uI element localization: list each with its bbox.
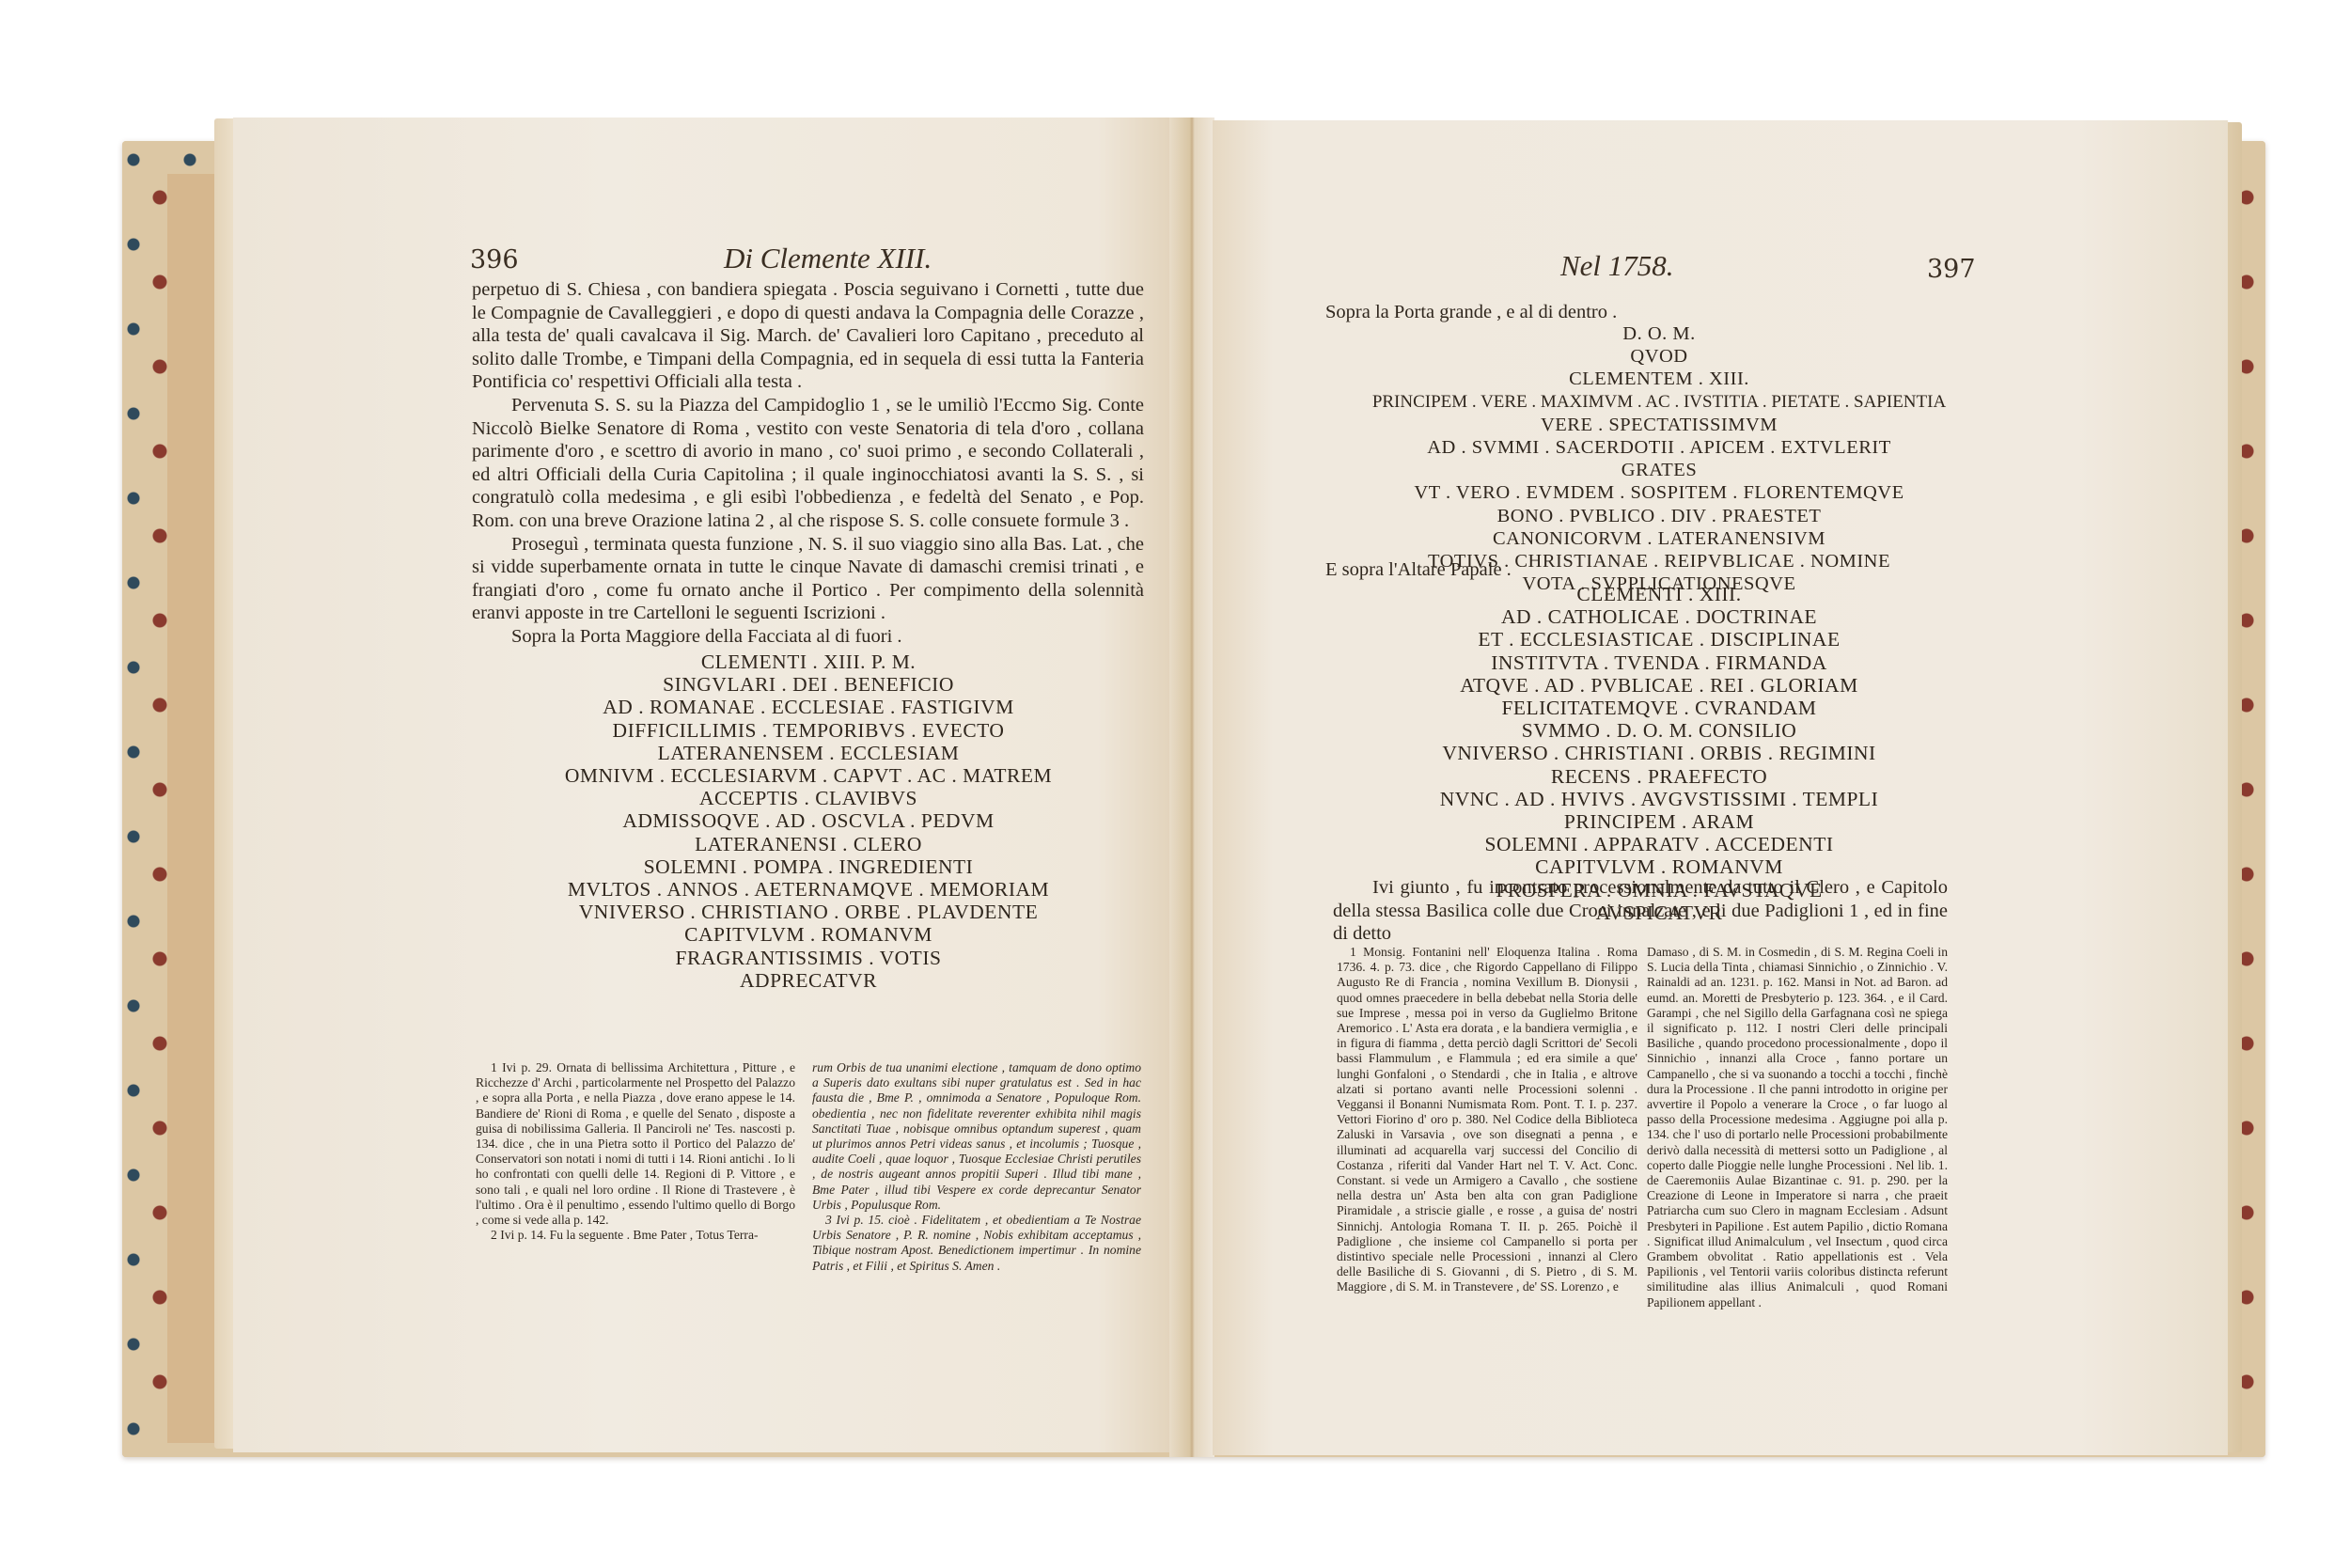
inscription-line: GRATES (1335, 459, 1983, 481)
inscription-line: OMNIVM . ECCLESIARVM . CAPVT . AC . MATR… (470, 764, 1147, 787)
inscription-line: ADMISSOQVE . AD . OSCVLA . PEDVM (470, 809, 1147, 832)
footnote: 1 Ivi p. 29. Ornata di bellissima Archit… (476, 1060, 795, 1228)
right-footnotes-col1: 1 Monsig. Fontanini nell' Eloquenza Ital… (1337, 945, 1637, 1295)
inscription-line: CLEMENTI . XIII. (1335, 583, 1983, 605)
inscription-line: VNIVERSO . CHRISTIANO . ORBE . PLAVDENTE (470, 901, 1147, 923)
paragraph: Sopra la Porta Maggiore della Facciata a… (472, 625, 1144, 649)
inscription-line: LATERANENSI . CLERO (470, 833, 1147, 855)
closing-paragraph: Ivi giunto , fu incontrato processionalm… (1333, 876, 1948, 946)
page-number-left: 396 (470, 245, 519, 274)
paragraph: Proseguì , terminata questa funzione , N… (472, 533, 1144, 625)
inscription-line: ET . ECCLESIASTICAE . DISCIPLINAE (1335, 628, 1983, 651)
inscription-line: VT . VERO . EVMDEM . SOSPITEM . FLORENTE… (1335, 481, 1983, 504)
inscription-line: DIFFICILLIMIS . TEMPORIBVS . EVECTO (470, 719, 1147, 742)
left-footnotes-col1: 1 Ivi p. 29. Ornata di bellissima Archit… (476, 1060, 795, 1243)
paragraph: Pervenuta S. S. su la Piazza del Campido… (472, 394, 1144, 533)
left-running-head: 396 Di Clemente XIII. (470, 246, 1147, 274)
footnote: 2 Ivi p. 14. Fu la seguente . Bme Pater … (476, 1228, 795, 1243)
inscription-line: NVNC . AD . HVIVS . AVGVSTISSIMI . TEMPL… (1335, 788, 1983, 810)
left-body-text: perpetuo di S. Chiesa , con bandiera spi… (472, 278, 1144, 649)
inscription-line: CAPITVLVM . ROMANVM (1335, 855, 1983, 878)
inscription-line: ATQVE . AD . PVBLICAE . REI . GLORIAM (1335, 674, 1983, 697)
inscription-line: D. O. M. (1335, 322, 1983, 345)
cover-inner-flap (167, 174, 216, 1443)
inscription-line: MVLTOS . ANNOS . AETERNAMQVE . MEMORIAM (470, 878, 1147, 901)
page-number-right: 397 (1927, 256, 1976, 284)
inscription-line: VNIVERSO . CHRISTIANI . ORBIS . REGIMINI (1335, 742, 1983, 764)
paragraph: perpetuo di S. Chiesa , con bandiera spi… (472, 278, 1144, 394)
inscription-line: PRINCIPEM . ARAM (1335, 810, 1983, 833)
inscription-line: INSTITVTA . TVENDA . FIRMANDA (1335, 651, 1983, 674)
inscription-line: SOLEMNI . POMPA . INGREDIENTI (470, 855, 1147, 878)
inscription-line: CAPITVLVM . ROMANVM (470, 923, 1147, 946)
inscription-line: CANONICORVM . LATERANENSIVM (1335, 527, 1983, 550)
inscription-line: SVMMO . D. O. M. CONSILIO (1335, 719, 1983, 742)
inscription-altare-papale: CLEMENTI . XIII. AD . CATHOLICAE . DOCTR… (1335, 583, 1983, 924)
inscription-porta-maggiore: CLEMENTI . XIII. P. M. SINGVLARI . DEI .… (470, 651, 1147, 992)
inscription-line: LATERANENSEM . ECCLESIAM (470, 742, 1147, 764)
inscription-line: VERE . SPECTATISSIMVM (1335, 414, 1983, 436)
footnote: rum Orbis de tua unanimi electione , tam… (812, 1060, 1141, 1213)
inscription-line: SOLEMNI . APPARATV . ACCEDENTI (1335, 833, 1983, 855)
right-footnotes-col2: Damaso , di S. M. in Cosmedin , di S. M.… (1647, 945, 1948, 1310)
inscription-line: CLEMENTI . XIII. P. M. (470, 651, 1147, 673)
book-gutter (1169, 118, 1214, 1457)
footnote: 3 Ivi p. 15. cioè . Fidelitatem , et obe… (812, 1213, 1141, 1274)
inscription-line: QVOD (1335, 345, 1983, 368)
intro-porta-grande: Sopra la Porta grande , e al di dentro . (1325, 301, 1965, 324)
running-head-title-right: Nel 1758. (1560, 252, 1674, 280)
inscription-line: ACCEPTIS . CLAVIBVS (470, 787, 1147, 809)
inscription-line: FRAGRANTISSIMIS . VOTIS (470, 947, 1147, 969)
inscription-line: ADPRECATVR (470, 969, 1147, 992)
running-head-title-left: Di Clemente XIII. (724, 244, 932, 273)
inscription-line: FELICITATEMQVE . CVRANDAM (1335, 697, 1983, 719)
inscription-line: BONO . PVBLICO . DIV . PRAESTET (1335, 505, 1983, 527)
inscription-line: PRINCIPEM . VERE . MAXIMVM . AC . IVSTIT… (1335, 391, 1983, 414)
inscription-line: RECENS . PRAEFECTO (1335, 765, 1983, 788)
inscription-line: AD . SVMMI . SACERDOTII . APICEM . EXTVL… (1335, 436, 1983, 459)
intro-altare-papale: E sopra l'Altare Papale . (1325, 558, 1965, 582)
inscription-line: AD . CATHOLICAE . DOCTRINAE (1335, 605, 1983, 628)
inscription-line: CLEMENTEM . XIII. (1335, 368, 1983, 390)
inscription-line: SINGVLARI . DEI . BENEFICIO (470, 673, 1147, 696)
left-footnotes-col2: rum Orbis de tua unanimi electione , tam… (812, 1060, 1141, 1274)
inscription-line: AD . ROMANAE . ECCLESIAE . FASTIGIVM (470, 696, 1147, 718)
inscription-porta-grande: D. O. M. QVOD CLEMENTEM . XIII. PRINCIPE… (1335, 322, 1983, 595)
